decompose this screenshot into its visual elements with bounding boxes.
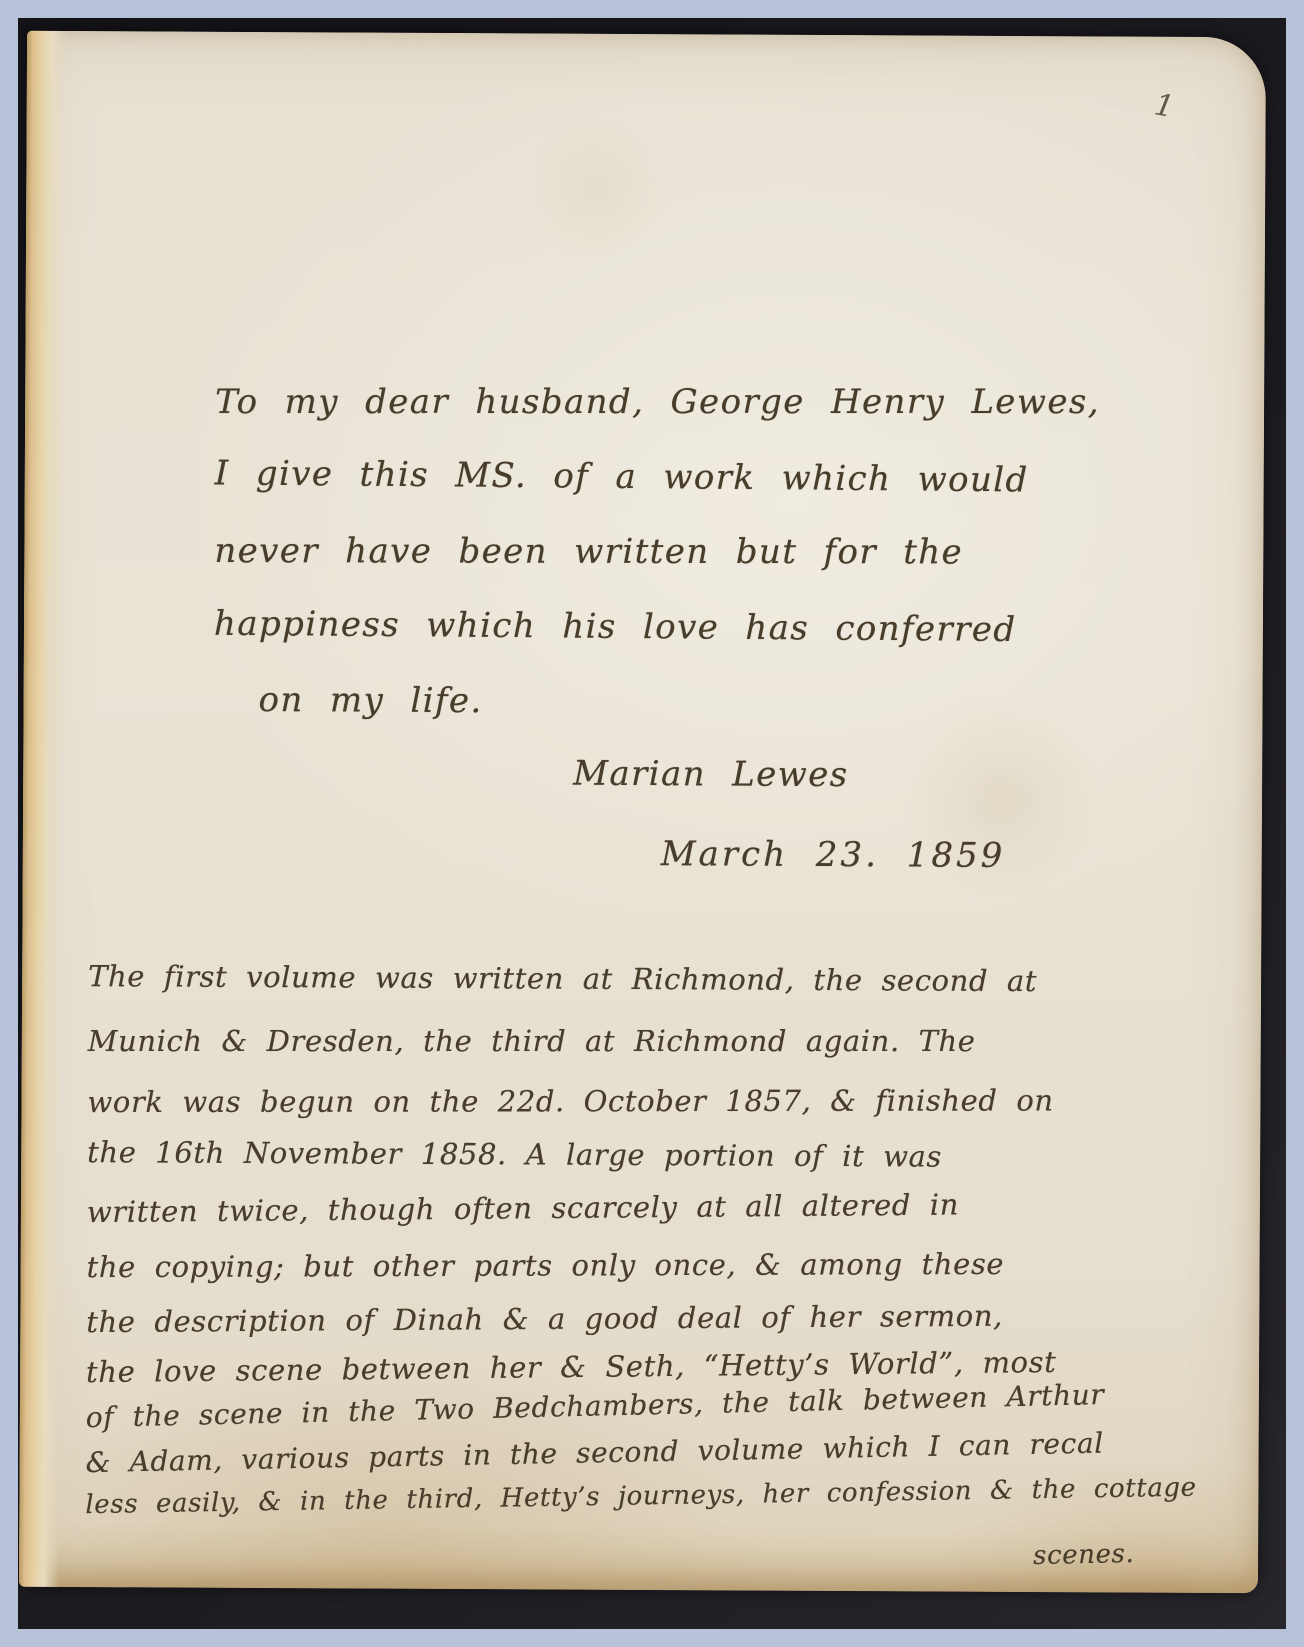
colophon-line: the copying; but other parts only once, … xyxy=(87,1247,1005,1284)
colophon-line: work was begun on the 22d. October 1857,… xyxy=(87,1083,1053,1119)
manuscript-page: 1 To my dear husband, George Henry Lewes… xyxy=(19,31,1266,1593)
dedication-line: happiness which his love has conferred xyxy=(214,604,1017,650)
signature: Marian Lewes xyxy=(573,754,849,795)
page-number: 1 xyxy=(1152,87,1177,125)
dedication-block: To my dear husband, George Henry Lewes, … xyxy=(212,380,1175,925)
colophon-line: the 16th November 1858. A large portion … xyxy=(87,1135,942,1173)
colophon-line: Munich & Dresden, the third at Richmond … xyxy=(88,1024,976,1058)
colophon-line: the description of Dinah & a good deal o… xyxy=(86,1299,1003,1339)
date-line: March 23. 1859 xyxy=(661,834,1006,876)
scan-mount-frame: 1 To my dear husband, George Henry Lewes… xyxy=(0,0,1304,1647)
photo-background: 1 To my dear husband, George Henry Lewes… xyxy=(18,18,1286,1629)
dedication-line: To my dear husband, George Henry Lewes, xyxy=(215,382,1100,422)
page-gutter-edge xyxy=(19,31,67,1587)
dedication-line: on my life. xyxy=(258,680,482,721)
colophon-line: & Adam, various parts in the second volu… xyxy=(85,1427,1104,1480)
colophon-line: The first volume was written at Richmond… xyxy=(88,959,1037,998)
colophon-line: less easily, & in the third, Hetty’s jou… xyxy=(85,1473,1197,1520)
colophon-line: written twice, though often scarcely at … xyxy=(87,1187,959,1229)
dedication-line: never have been written but for the xyxy=(214,531,963,572)
dedication-line: I give this MS. of a work which would xyxy=(215,453,1029,500)
colophon-block: The first volume was written at Richmond… xyxy=(85,959,1228,1593)
colophon-line: scenes. xyxy=(1033,1539,1135,1571)
